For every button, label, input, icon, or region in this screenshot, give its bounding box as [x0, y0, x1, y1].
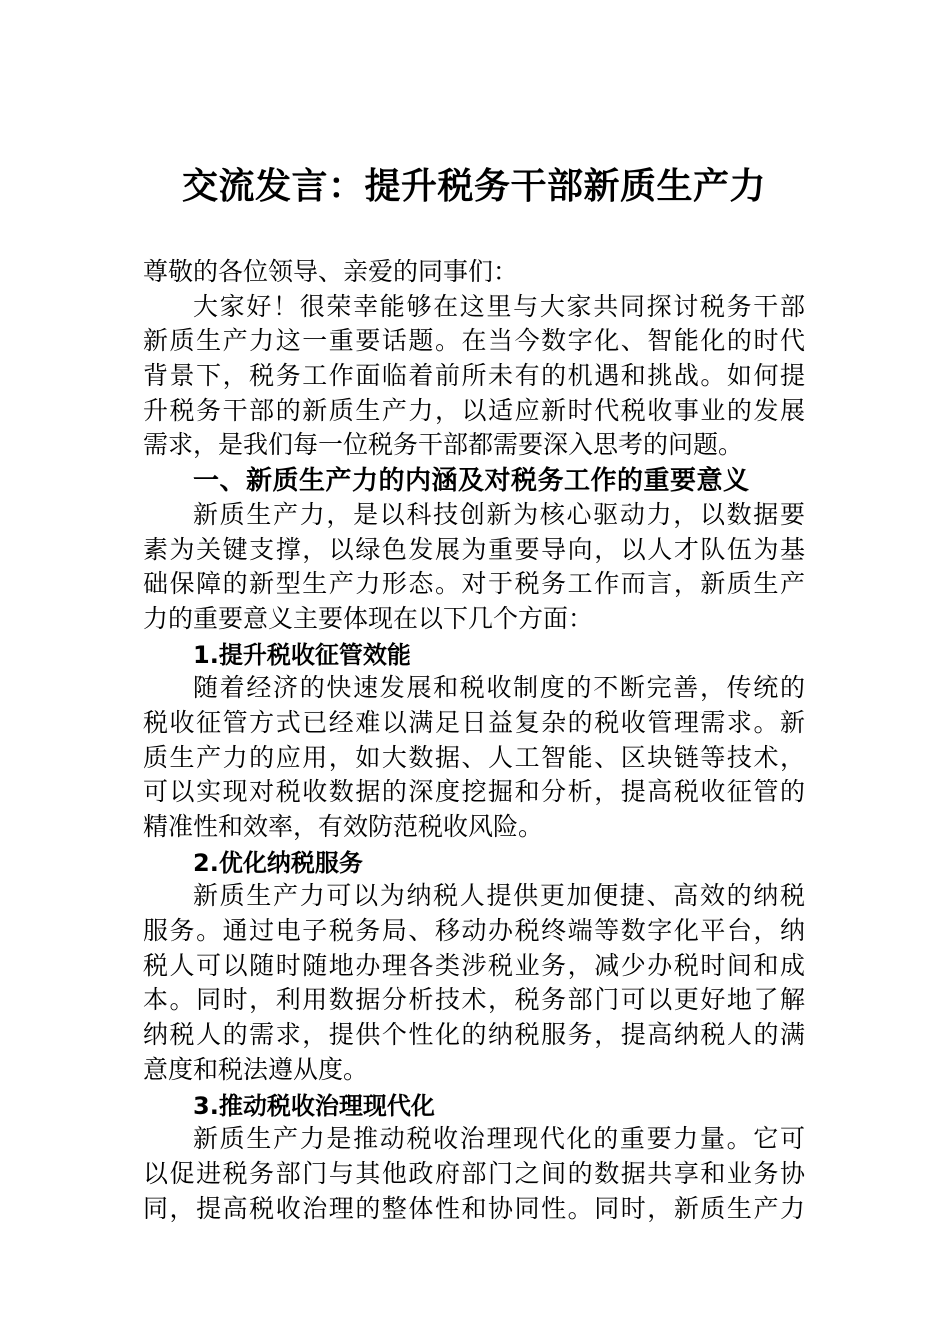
paragraph-line: 纳税人的需求，提供个性化的纳税服务，提高纳税人的满: [143, 1019, 805, 1054]
paragraph-line: 大家好！很荣幸能够在这里与大家共同探讨税务干部: [143, 291, 805, 326]
paragraph-line: 质生产力的应用，如大数据、人工智能、区块链等技术，: [143, 742, 805, 777]
paragraph-line: 新质生产力可以为纳税人提供更加便捷、高效的纳税: [143, 880, 805, 915]
document-page: 交流发言：提升税务干部新质生产力 尊敬的各位领导、亲爱的同事们：大家好！很荣幸能…: [0, 0, 950, 1344]
paragraph-line: 精准性和效率，有效防范税收风险。: [143, 811, 805, 846]
paragraph-line: 背景下，税务工作面临着前所未有的机遇和挑战。如何提: [143, 360, 805, 395]
sub-heading: 1.提升税收征管效能: [143, 638, 805, 673]
salutation-line: 尊敬的各位领导、亲爱的同事们：: [143, 256, 805, 291]
paragraph-line: 服务。通过电子税务局、移动办税终端等数字化平台，纳: [143, 915, 805, 950]
sub-heading: 2.优化纳税服务: [143, 846, 805, 881]
paragraph-line: 同，提高税收治理的整体性和协同性。同时，新质生产力: [143, 1193, 805, 1228]
paragraph-line: 本。同时，利用数据分析技术，税务部门可以更好地了解: [143, 984, 805, 1019]
paragraph-line: 需求，是我们每一位税务干部都需要深入思考的问题。: [143, 429, 805, 464]
sub-heading: 3.推动税收治理现代化: [143, 1089, 805, 1124]
paragraph-line: 新质生产力是推动税收治理现代化的重要力量。它可: [143, 1123, 805, 1158]
paragraph-line: 新质生产力这一重要话题。在当今数字化、智能化的时代: [143, 325, 805, 360]
paragraph-line: 意度和税法遵从度。: [143, 1054, 805, 1089]
paragraph-line: 升税务干部的新质生产力，以适应新时代税收事业的发展: [143, 395, 805, 430]
paragraph-line: 础保障的新型生产力形态。对于税务工作而言，新质生产: [143, 568, 805, 603]
paragraph-line: 力的重要意义主要体现在以下几个方面：: [143, 603, 805, 638]
paragraph-line: 新质生产力，是以科技创新为核心驱动力，以数据要: [143, 499, 805, 534]
paragraph-line: 以促进税务部门与其他政府部门之间的数据共享和业务协: [143, 1158, 805, 1193]
paragraph-line: 随着经济的快速发展和税收制度的不断完善，传统的: [143, 672, 805, 707]
paragraph-line: 可以实现对税收数据的深度挖掘和分析，提高税收征管的: [143, 776, 805, 811]
paragraph-line: 税收征管方式已经难以满足日益复杂的税收管理需求。新: [143, 707, 805, 742]
document-title: 交流发言：提升税务干部新质生产力: [143, 164, 805, 208]
section-heading: 一、新质生产力的内涵及对税务工作的重要意义: [143, 464, 805, 499]
paragraph-line: 税人可以随时随地办理各类涉税业务，减少办税时间和成: [143, 950, 805, 985]
paragraph-line: 素为关键支撑，以绿色发展为重要导向，以人才队伍为基: [143, 534, 805, 569]
document-body: 尊敬的各位领导、亲爱的同事们：大家好！很荣幸能够在这里与大家共同探讨税务干部新质…: [143, 256, 805, 1227]
document-content: 交流发言：提升税务干部新质生产力 尊敬的各位领导、亲爱的同事们：大家好！很荣幸能…: [143, 0, 805, 1227]
